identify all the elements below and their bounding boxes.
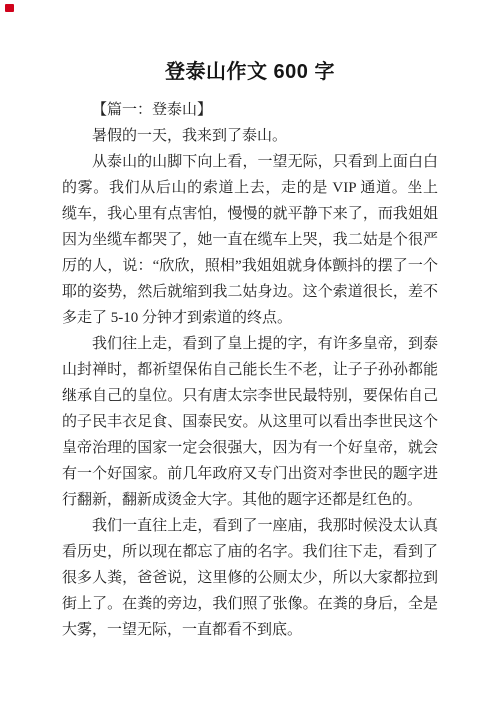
paragraph: 暑假的一天，我来到了泰山。 [62, 123, 438, 149]
paragraph: 从泰山的山脚下向上看，一望无际，只看到上面白白的雾。我们从后山的索道上去，走的是… [62, 149, 438, 331]
paragraph: 我们往上走，看到了皇上提的字，有许多皇帝，到泰山封禅时，都祈望保佑自己能长生不老… [62, 331, 438, 513]
document-body: 【篇一：登泰山】暑假的一天，我来到了泰山。从泰山的山脚下向上看，一望无际，只看到… [62, 97, 438, 643]
paragraph: 我们一直往上走，看到了一座庙，我那时候没太认真看历史，所以现在都忘了庙的名字。我… [62, 513, 438, 643]
document-page: 登泰山作文 600 字 【篇一：登泰山】暑假的一天，我来到了泰山。从泰山的山脚下… [0, 0, 500, 707]
paragraph: 【篇一：登泰山】 [62, 97, 438, 123]
document-title: 登泰山作文 600 字 [62, 58, 438, 86]
red-corner-mark [5, 4, 14, 12]
